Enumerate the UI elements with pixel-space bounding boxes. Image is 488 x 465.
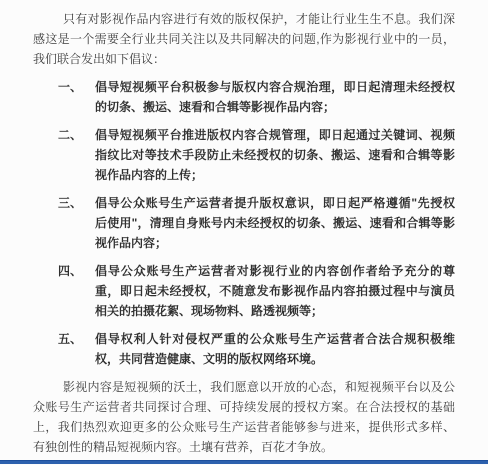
item-line: 视作品内容的上传； <box>95 165 455 185</box>
item-text: 倡导公众账号生产运营者对影视行业的内容创作者给予充分的尊 重，即日起未经授权，不… <box>95 261 455 321</box>
item-line: 倡导公众账号生产运营者提升版权意识，即日起严格遵循"先授权 <box>95 193 455 213</box>
item-line: 倡导公众账号生产运营者对影视行业的内容创作者给予充分的尊 <box>95 261 455 281</box>
outro-line: 影视内容是短视频的沃土，我们愿意以开放的心态，和短视频平台以及公 <box>33 377 455 397</box>
proposal-item-1: 一、 倡导短视频平台积极参与版权内容合规治理，即日起清理未经授权 的切条、搬运、… <box>58 77 455 117</box>
item-line: 倡导短视频平台推进版权内容合规管理，即日起通过关键词、视频 <box>95 125 455 145</box>
item-text: 倡导权利人针对侵权严重的公众账号生产运营者合法合规积极维 权，共同营造健康、文明… <box>95 329 455 369</box>
item-text: 倡导公众账号生产运营者提升版权意识，即日起严格遵循"先授权 后使用"，清理自身账… <box>95 193 455 253</box>
document-page: 只有对影视作品内容进行有效的版权保护，才能让行业生生不息。我们深 感这是一个需要… <box>0 0 488 465</box>
item-line: 倡导短视频平台积极参与版权内容合规治理，即日起清理未经授权 <box>95 77 455 97</box>
item-line: 视作品内容； <box>95 233 455 253</box>
item-line: 重，即日起未经授权，不随意发布影视作品内容拍摄过程中与演员 <box>95 281 455 301</box>
item-number: 三、 <box>58 193 95 213</box>
item-number: 五、 <box>58 329 95 349</box>
intro-paragraph: 只有对影视作品内容进行有效的版权保护，才能让行业生生不息。我们深 感这是一个需要… <box>33 9 455 69</box>
intro-line: 只有对影视作品内容进行有效的版权保护，才能让行业生生不息。我们深 <box>33 9 455 29</box>
item-line: 权，共同营造健康、文明的版权网络环境。 <box>95 349 455 369</box>
item-line: 指纹比对等技术手段防止未经授权的切条、搬运、速看和合辑等影 <box>95 145 455 165</box>
proposal-item-2: 二、 倡导短视频平台推进版权内容合规管理，即日起通过关键词、视频 指纹比对等技术… <box>58 125 455 185</box>
proposal-item-5: 五、 倡导权利人针对侵权严重的公众账号生产运营者合法合规积极维 权，共同营造健康… <box>58 329 455 369</box>
item-line: 相关的拍摄花絮、现场物料、路透视频等； <box>95 301 455 321</box>
intro-line: 我们联合发出如下倡议： <box>33 49 455 69</box>
item-text: 倡导短视频平台积极参与版权内容合规治理，即日起清理未经授权 的切条、搬运、速看和… <box>95 77 455 117</box>
bottom-divider <box>0 460 488 464</box>
outro-line: 有独创性的精品短视频内容。土壤有营养，百花才争放。 <box>33 437 455 457</box>
intro-line: 感这是一个需要全行业共同关注以及共同解决的问题,作为影视行业中的一员， <box>33 29 455 49</box>
outro-line: 上，我们热烈欢迎更多的公众账号生产运营者能够参与进来，提供形式多样、 <box>33 417 455 437</box>
item-line: 的切条、搬运、速看和合辑等影视作品内容； <box>95 97 455 117</box>
item-number: 四、 <box>58 261 95 281</box>
outro-paragraph: 影视内容是短视频的沃土，我们愿意以开放的心态，和短视频平台以及公 众账号生产运营… <box>33 377 455 457</box>
item-line: 倡导权利人针对侵权严重的公众账号生产运营者合法合规积极维 <box>95 329 455 349</box>
outro-line: 众账号生产运营者共同探讨合理、可持续发展的授权方案。在合法授权的基础 <box>33 397 455 417</box>
item-text: 倡导短视频平台推进版权内容合规管理，即日起通过关键词、视频 指纹比对等技术手段防… <box>95 125 455 185</box>
item-number: 二、 <box>58 125 95 145</box>
item-number: 一、 <box>58 77 95 97</box>
item-line: 后使用"，清理自身账号内未经授权的切条、搬运、速看和合辑等影 <box>95 213 455 233</box>
proposal-item-4: 四、 倡导公众账号生产运营者对影视行业的内容创作者给予充分的尊 重，即日起未经授… <box>58 261 455 321</box>
proposal-item-3: 三、 倡导公众账号生产运营者提升版权意识，即日起严格遵循"先授权 后使用"，清理… <box>58 193 455 253</box>
